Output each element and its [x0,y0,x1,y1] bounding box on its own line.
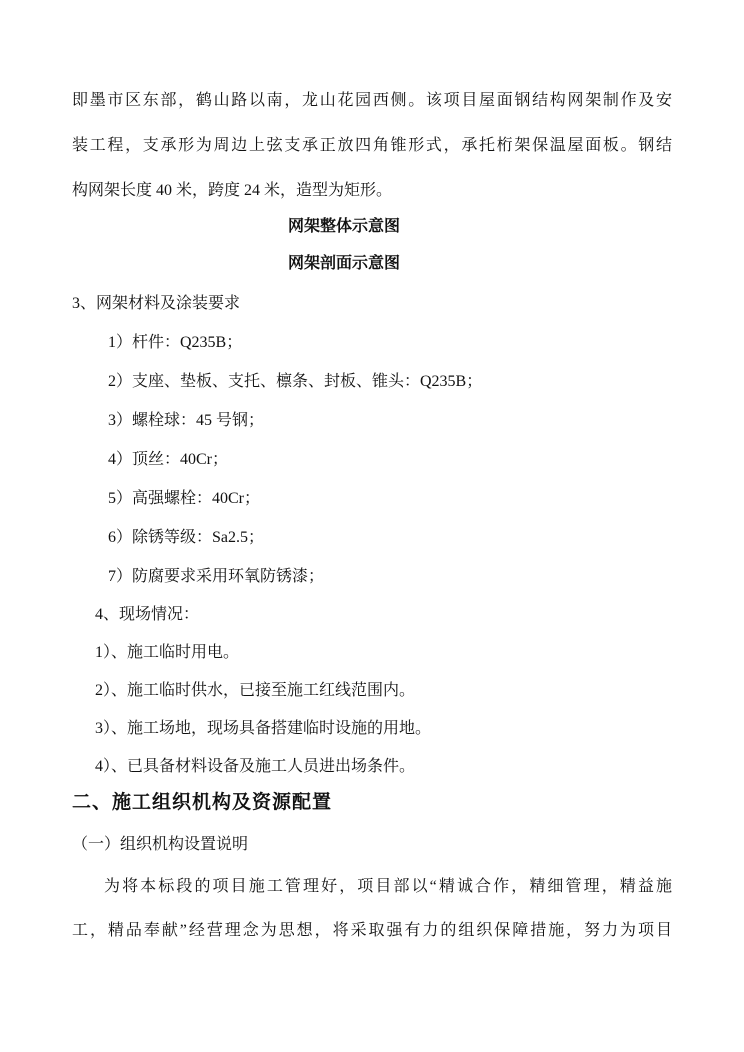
intro-paragraph-line: 即墨市区东部，鹤山路以南，龙山花园西侧。该项目屋面钢结构网架制作及安 [72,78,672,123]
list-item: 3）、施工场地，现场具备搭建临时设施的用地。 [72,717,672,741]
chapter-subheading: （一）组织机构设置说明 [72,833,672,857]
list-item: 1）杆件：Q235B； [72,331,672,355]
figure-caption-section: 网架剖面示意图 [72,252,672,276]
closing-paragraph: 为将本标段的项目施工管理好，项目部以“精诚合作，精细管理，精益施 工，精品奉献”… [72,865,672,953]
list-item: 3）螺栓球：45 号钢； [72,409,672,433]
intro-paragraph: 即墨市区东部，鹤山路以南，龙山花园西侧。该项目屋面钢结构网架制作及安 装工程，支… [72,78,672,213]
closing-paragraph-line: 为将本标段的项目施工管理好，项目部以“精诚合作，精细管理，精益施 [72,865,672,909]
chapter-heading: 二、施工组织机构及资源配置 [72,789,672,817]
list-item: 2）、施工临时供水，已接至施工红线范围内。 [72,679,672,703]
site-list: 1）、施工临时用电。 2）、施工临时供水，已接至施工红线范围内。 3）、施工场地… [72,641,672,779]
site-section-heading: 4、现场情况： [72,603,672,627]
figure-caption-overall: 网架整体示意图 [72,215,672,239]
materials-list: 1）杆件：Q235B； 2）支座、垫板、支托、檩条、封板、锥头：Q235B； 3… [72,331,672,589]
document-page: 即墨市区东部，鹤山路以南，龙山花园西侧。该项目屋面钢结构网架制作及安 装工程，支… [0,0,744,1052]
list-item: 7）防腐要求采用环氧防锈漆； [72,565,672,589]
intro-paragraph-line: 装工程，支承形为周边上弦支承正放四角锥形式，承托桁架保温屋面板。钢结 [72,123,672,168]
materials-section-heading: 3、网架材料及涂装要求 [72,292,672,316]
list-item: 5）高强螺栓：40Cr； [72,487,672,511]
list-item: 1）、施工临时用电。 [72,641,672,665]
list-item: 4）、已具备材料设备及施工人员进出场条件。 [72,755,672,779]
intro-paragraph-line: 构网架长度 40 米，跨度 24 米，造型为矩形。 [72,168,672,213]
closing-paragraph-line: 工，精品奉献”经营理念为思想，将采取强有力的组织保障措施，努力为项目 [72,909,672,953]
list-item: 6）除锈等级：Sa2.5； [72,526,672,550]
list-item: 2）支座、垫板、支托、檩条、封板、锥头：Q235B； [72,370,672,394]
list-item: 4）顶丝：40Cr； [72,448,672,472]
